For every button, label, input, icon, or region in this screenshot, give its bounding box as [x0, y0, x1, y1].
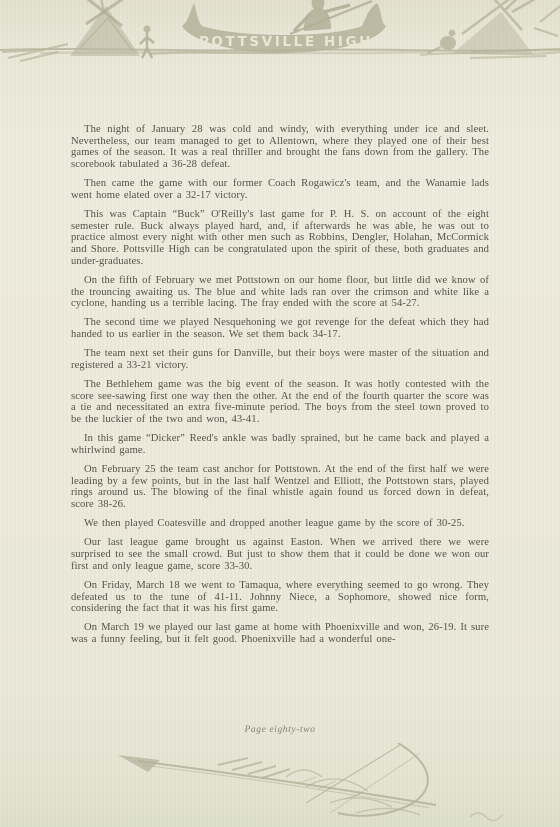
paragraph: The team next set their guns for Danvill… [71, 348, 489, 371]
yearbook-page: POTTSVILLE HIGH The night of January 28 … [0, 0, 560, 827]
paragraph: On the fifth of February we met Pottstow… [71, 275, 489, 310]
paragraph: On February 25 the team cast anchor for … [71, 464, 489, 511]
paragraph: Then came the game with our former Coach… [71, 178, 489, 201]
header-illustration: POTTSVILLE HIGH [0, 0, 560, 64]
paragraph: On March 19 we played our last game at h… [71, 622, 489, 645]
paragraph: Our last league game brought us against … [71, 537, 489, 572]
bow-arrow-icon [118, 743, 502, 821]
paragraph: The Bethlehem game was the big event of … [71, 379, 489, 426]
paragraph: The second time we played Nesquehoning w… [71, 317, 489, 340]
paragraph: In this game “Dicker” Reed's ankle was b… [71, 433, 489, 456]
paragraph: On Friday, March 18 we went to Tamaqua, … [71, 580, 489, 615]
paragraph: We then played Coatesville and dropped a… [71, 518, 489, 530]
footer-illustration [0, 743, 560, 827]
banner-text: POTTSVILLE HIGH [199, 34, 373, 50]
paragraph: This was Captain “Buck” O'Reilly's last … [71, 209, 489, 268]
canoe-icon: POTTSVILLE HIGH [182, 0, 386, 53]
paragraph: The night of January 28 was cold and win… [71, 124, 489, 171]
article: The night of January 28 was cold and win… [71, 124, 489, 646]
page-number: Page eighty-two [0, 725, 560, 735]
